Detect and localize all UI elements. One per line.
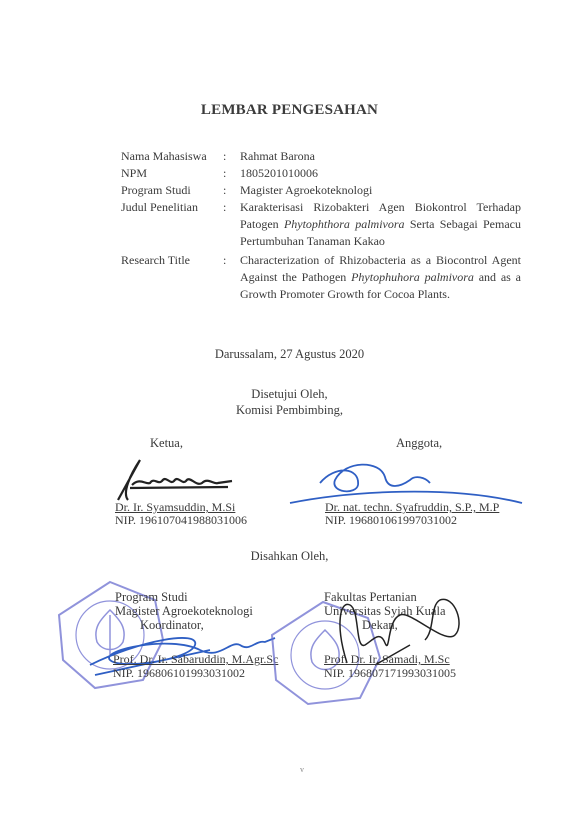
field-label: Nama Mahasiswa xyxy=(121,148,221,165)
field-nama: Nama Mahasiswa : Rahmat Barona xyxy=(121,148,521,165)
field-sep: : xyxy=(221,182,240,199)
faculty-nip: NIP. 196807171993031005 xyxy=(324,666,456,681)
field-value: Karakterisasi Rizobakteri Agen Biokontro… xyxy=(240,199,521,250)
committee-label: Komisi Pembimbing, xyxy=(0,402,579,419)
field-program: Program Studi : Magister Agroekoteknolog… xyxy=(121,182,521,199)
field-research-title: Research Title : Characterization of Rhi… xyxy=(121,252,521,303)
program-nip: NIP. 196806101993031002 xyxy=(113,666,245,681)
student-info: Nama Mahasiswa : Rahmat Barona NPM : 180… xyxy=(121,148,521,303)
program-name: Prof. Dr. Ir. Sabaruddin, M.Agr.Sc xyxy=(113,652,278,667)
field-npm: NPM : 1805201010006 xyxy=(121,165,521,182)
field-sep: : xyxy=(221,199,240,250)
chair-signature xyxy=(110,455,240,505)
member-role: Anggota, xyxy=(396,436,442,451)
field-value: Rahmat Barona xyxy=(240,148,521,165)
program-line1: Program Studi xyxy=(115,590,188,605)
field-sep: : xyxy=(221,148,240,165)
field-judul: Judul Penelitian : Karakterisasi Rizobak… xyxy=(121,199,521,250)
faculty-name: Prof. Dr. Ir. Samadi, M.Sc xyxy=(324,652,450,667)
chair-nip: NIP. 196107041988031006 xyxy=(115,513,247,528)
approved-by: Disetujui Oleh, xyxy=(0,386,579,403)
field-label: Judul Penelitian xyxy=(121,199,221,250)
program-line2: Magister Agroekoteknologi xyxy=(115,604,253,619)
place-date: Darussalam, 27 Agustus 2020 xyxy=(0,346,579,363)
field-value: Magister Agroekoteknologi xyxy=(240,182,521,199)
field-value: Characterization of Rhizobacteria as a B… xyxy=(240,252,521,303)
field-sep: : xyxy=(221,165,240,182)
field-label: Program Studi xyxy=(121,182,221,199)
chair-role: Ketua, xyxy=(150,436,183,451)
field-label: Research Title xyxy=(121,252,221,303)
field-label: NPM xyxy=(121,165,221,182)
page-number: v xyxy=(300,765,304,774)
page-title: LEMBAR PENGESAHAN xyxy=(0,102,579,119)
member-nip: NIP. 196801061997031002 xyxy=(325,513,457,528)
field-value: 1805201010006 xyxy=(240,165,521,182)
ratified-by: Disahkan Oleh, xyxy=(0,548,579,565)
field-sep: : xyxy=(221,252,240,303)
